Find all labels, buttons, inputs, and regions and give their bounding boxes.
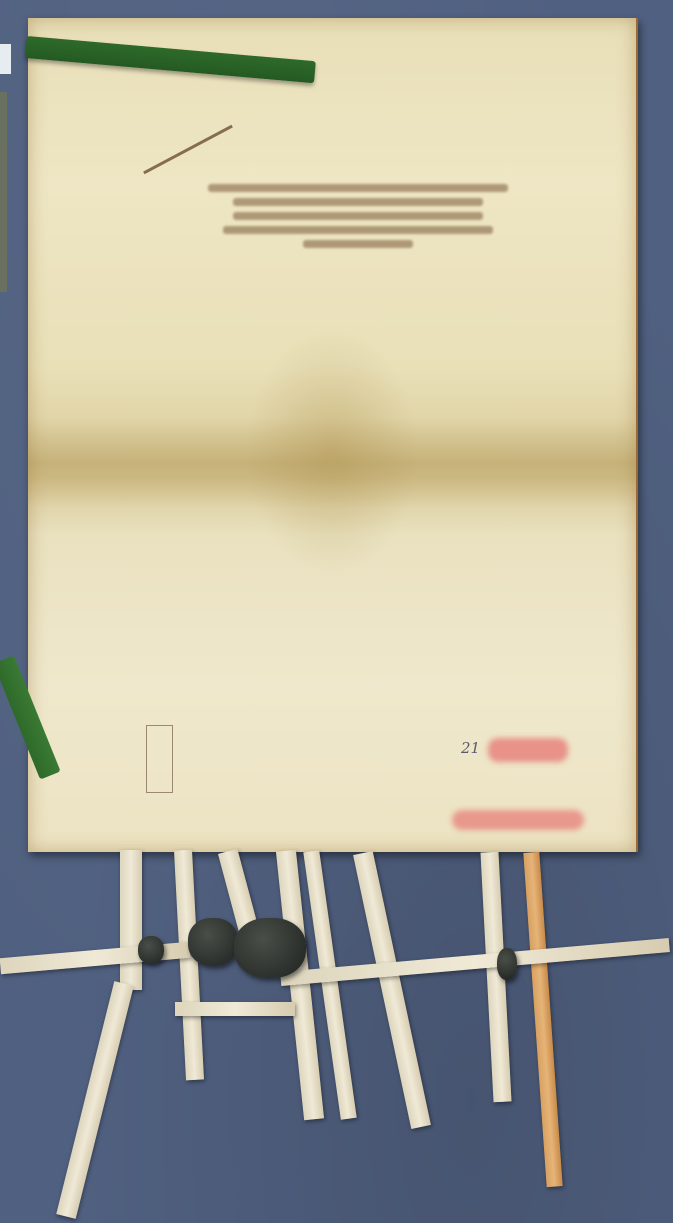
wax-seal bbox=[188, 918, 238, 966]
red-crayon-mark bbox=[452, 810, 584, 830]
pencil-rectangle bbox=[146, 725, 173, 793]
seal-cord bbox=[175, 1002, 295, 1016]
blurred-heading bbox=[203, 178, 513, 254]
wax-seal bbox=[497, 948, 517, 980]
red-crayon-mark bbox=[488, 738, 568, 762]
parchment-document bbox=[28, 18, 638, 852]
pencil-annotation: 21 bbox=[461, 739, 480, 757]
fold-crease bbox=[143, 125, 233, 175]
scale-ruler bbox=[0, 92, 7, 292]
catalog-label bbox=[0, 44, 11, 74]
wax-seal bbox=[234, 918, 306, 978]
water-stain bbox=[28, 418, 636, 508]
wax-seal bbox=[138, 936, 164, 964]
seal-strip bbox=[120, 850, 142, 990]
